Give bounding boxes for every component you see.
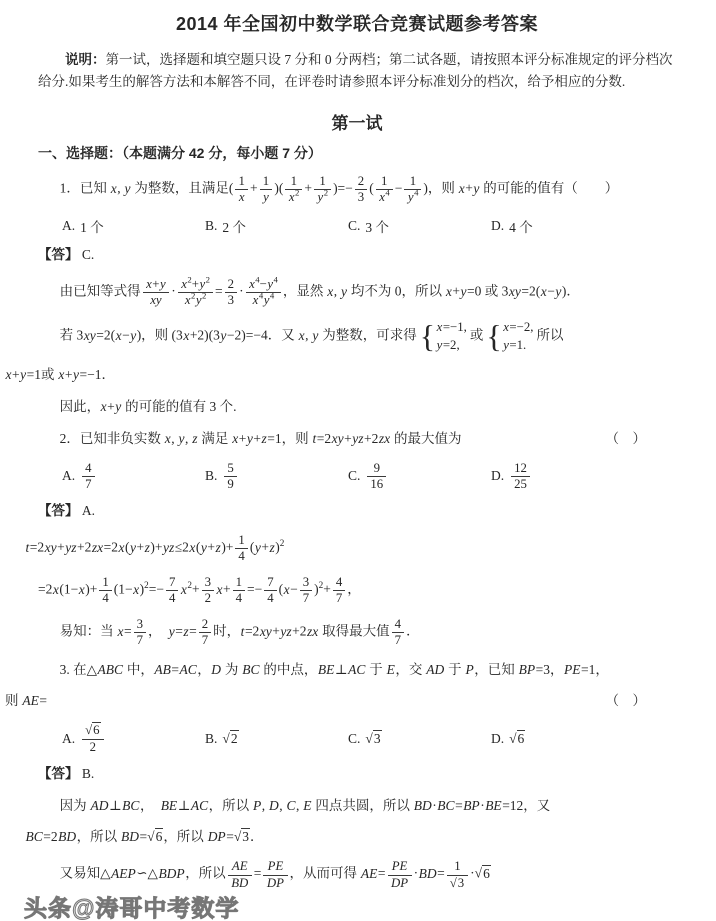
fraction: 14 — [99, 575, 111, 606]
fraction: 47 — [392, 617, 404, 648]
answer-line: 【答】 B. — [38, 764, 676, 785]
fraction: 74 — [264, 575, 276, 606]
parens-blank: （ ） — [606, 691, 647, 712]
option-value: 916 — [365, 461, 388, 492]
answer-line: 【答】 A. — [38, 501, 676, 522]
solution-line: =2x(1−x)+14(1−x)2=−74x2+32x+14=−74(x−37)… — [38, 575, 676, 606]
solution-line: BC=2BD，所以 BD=√6，所以 DP=√3． — [25, 827, 676, 848]
answer-bracket: 【答】 — [38, 766, 79, 781]
option-value: 59 — [222, 461, 238, 492]
note-paragraph: 说明：第一试，选择题和填空题只设 7 分和 0 分两档；第二试各题，请按照本评分… — [38, 49, 676, 94]
fraction: 14 — [235, 533, 247, 564]
option-value: 1 个 — [80, 216, 104, 236]
fraction: x4−y4x4y4 — [246, 277, 281, 308]
answer-value: A. — [82, 503, 95, 518]
answer-bracket: 【答】 — [38, 247, 79, 262]
fraction: 14 — [233, 575, 245, 606]
fraction: 23 — [355, 174, 367, 205]
section-title: 第一试 — [38, 109, 676, 134]
solution-line: 若 3xy=2(x−y)，则 (3x+2)(3y−2)=−4．又 x, y 为整… — [38, 319, 676, 354]
question-stem: 则 AE=（ ） — [5, 691, 676, 712]
brace-glyph: { — [486, 322, 501, 351]
options-row: A.√62B.√2C.√3D.√6 — [38, 723, 676, 754]
watermark: 头条@涛哥中考数学 — [24, 895, 239, 921]
option-value: √2 — [222, 731, 238, 747]
option-label: C. — [348, 468, 360, 484]
solution-line: 因此，x+y 的可能的值有 3 个. — [38, 397, 676, 418]
radical: √3 — [450, 875, 465, 890]
fraction: 1x4 — [376, 174, 393, 205]
solution-line: 又易知△AEP∽△BDP，所以AEBD=PEDP，从而可得 AE=PEDP·BD… — [38, 859, 676, 921]
option: A.1 个 — [62, 216, 205, 236]
part-heading: 一、选择题：（本题满分 42 分，每小题 7 分） — [38, 143, 676, 163]
options-row: A.47B.59C.916D.1225 — [38, 461, 676, 492]
fraction: √62 — [82, 723, 103, 754]
fraction: 59 — [224, 461, 236, 492]
fraction: 32 — [202, 575, 214, 606]
option: D.1225 — [491, 461, 676, 492]
page-title: 2014 年全国初中数学联合竞赛试题参考答案 — [38, 10, 676, 36]
option-value: √6 — [509, 731, 525, 747]
radical: √6 — [509, 730, 525, 746]
fraction: 47 — [333, 575, 345, 606]
note-label: 说明： — [65, 52, 106, 67]
option: C.√3 — [348, 731, 491, 747]
fraction: 1y4 — [404, 174, 421, 205]
radical: √2 — [222, 730, 238, 746]
fraction: 1225 — [511, 461, 530, 492]
answer-value: B. — [82, 766, 94, 781]
fraction: 47 — [82, 461, 94, 492]
equation-cases: {x=−1,y=2, — [420, 319, 467, 354]
fraction: 1y — [260, 174, 273, 205]
fraction: 1√3 — [447, 859, 468, 890]
option-value: 4 个 — [509, 216, 533, 236]
note-text: 第一试，选择题和填空题只设 7 分和 0 分两档；第二试各题，请按照本评分标准规… — [38, 52, 673, 89]
option-label: A. — [62, 731, 75, 747]
answer-bracket: 【答】 — [38, 503, 79, 518]
fraction: 1y2 — [314, 174, 331, 205]
question-block: 2．已知非负实数 x, y, z 满足 x+y+z=1，则 t=2xy+yz+2… — [38, 429, 676, 649]
solution-line: 因为 AD⊥BC， BE⊥AC，所以 P, D, C, E 四点共圆，所以 BD… — [38, 796, 676, 817]
radical: √6 — [85, 722, 100, 737]
fraction: PEDP — [388, 859, 412, 890]
fraction: AEBD — [228, 859, 252, 890]
question-block: 1．已知 x, y 为整数，且满足(1x+1y)(1x2+1y2)=−23(1x… — [38, 174, 676, 418]
option-label: D. — [491, 468, 504, 484]
option-label: B. — [205, 218, 217, 234]
option-label: B. — [205, 468, 217, 484]
fraction: 74 — [166, 575, 178, 606]
fraction: x2+y2x2y2 — [178, 277, 213, 308]
brace-glyph: { — [420, 322, 435, 351]
option: C.3 个 — [348, 216, 491, 236]
fraction: 916 — [367, 461, 386, 492]
solution-line: 由已知等式得x+yxy·x2+y2x2y2=23·x4−y4x4y4，显然 x,… — [38, 277, 676, 308]
option-label: C. — [348, 731, 360, 747]
option-label: B. — [205, 731, 217, 747]
option: B.√2 — [205, 731, 348, 747]
option-value: 1225 — [509, 461, 532, 492]
fraction: 23 — [225, 277, 237, 308]
question-stem: 1．已知 x, y 为整数，且满足(1x+1y)(1x2+1y2)=−23(1x… — [38, 174, 676, 205]
equation-cases: {x=−2,y=1. — [486, 319, 533, 354]
fraction: 1x — [235, 174, 248, 205]
option-label: D. — [491, 218, 504, 234]
question-stem: 3. 在△ABC 中，AB=AC，D 为 BC 的中点，BE⊥AC 于 E，交 … — [38, 660, 676, 681]
document-page: 2014 年全国初中数学联合竞赛试题参考答案 说明：第一试，选择题和填空题只设 … — [0, 0, 716, 921]
option-label: C. — [348, 218, 360, 234]
fraction: 37 — [300, 575, 312, 606]
fraction: 1x2 — [285, 174, 302, 205]
questions-container: 1．已知 x, y 为整数，且满足(1x+1y)(1x2+1y2)=−23(1x… — [38, 174, 676, 921]
radical: √6 — [475, 865, 491, 881]
fraction: 27 — [199, 617, 211, 648]
options-row: A.1 个B.2 个C.3 个D.4 个 — [38, 216, 676, 236]
parens-blank: （ ） — [584, 429, 646, 450]
solution-line: x+y=1或 x+y=−1． — [5, 365, 676, 386]
option: D.√6 — [491, 731, 676, 747]
option: C.916 — [348, 461, 491, 492]
option: A.47 — [62, 461, 205, 492]
option: B.2 个 — [205, 216, 348, 236]
option: A.√62 — [62, 723, 205, 754]
solution-line: t=2xy+yz+2zx=2x(y+z)+yz≤2x(y+z)+14(y+z)2 — [25, 533, 676, 564]
option: D.4 个 — [491, 216, 676, 236]
option-value: 2 个 — [222, 216, 246, 236]
fraction: 37 — [134, 617, 146, 648]
option-label: D. — [491, 731, 504, 747]
fraction: PEDP — [263, 859, 287, 890]
answer-line: 【答】 C. — [38, 245, 676, 266]
option-value: 47 — [80, 461, 96, 492]
question-block: 3. 在△ABC 中，AB=AC，D 为 BC 的中点，BE⊥AC 于 E，交 … — [38, 660, 676, 921]
option-value: √62 — [80, 723, 105, 754]
solution-line: 易知：当 x=37， y=z=27时，t=2xy+yz+2zx 取得最大值47． — [38, 617, 676, 648]
option: B.59 — [205, 461, 348, 492]
fraction: x+yxy — [143, 277, 170, 308]
radical: √3 — [234, 828, 250, 844]
option-label: A. — [62, 218, 75, 234]
option-value: √3 — [365, 731, 381, 747]
radical: √6 — [147, 828, 163, 844]
question-stem: 2．已知非负实数 x, y, z 满足 x+y+z=1，则 t=2xy+yz+2… — [38, 429, 676, 450]
radical: √3 — [365, 730, 381, 746]
option-value: 3 个 — [365, 216, 389, 236]
answer-value: C. — [82, 247, 94, 262]
option-label: A. — [62, 468, 75, 484]
